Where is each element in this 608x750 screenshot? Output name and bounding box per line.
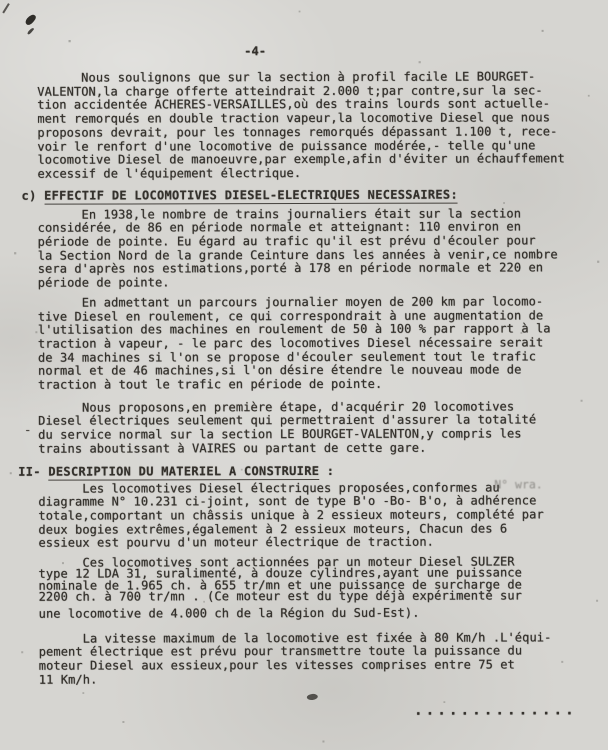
paragraph-trains-1938: En 1938,le nombre de trains journaliers … (38, 207, 580, 291)
heading-ii-suffix: : (319, 463, 334, 477)
paragraph-moteur-sulzer-fin: une locomotive de 4.000 ch de la Région … (39, 606, 581, 621)
heading-ii-prefix: II- (18, 464, 48, 478)
paragraph-proposition-20-locomotives: Nous proposons,en première étape, d'acqu… (38, 400, 580, 456)
trailing-dots: .............. (39, 706, 581, 717)
faded-ghost-text: N° wra. (494, 477, 543, 491)
paragraph-moteur-sulzer: Ces locomotives sont actionnées par un m… (38, 556, 580, 602)
paragraph-vitesse-maximum: La vitesse maximum de la locomotive est … (39, 631, 581, 687)
ink-mark (24, 13, 37, 27)
scanned-document-page: -4- Nous soulignons que sur la section à… (0, 0, 608, 750)
section-heading-c: c) EFFECTIF DE LOCOMOTIVES DIESEL-ELECTR… (22, 187, 580, 202)
heading-c-title: EFFECTIF DE LOCOMOTIVES DIESEL-ELECTRIQU… (44, 187, 458, 204)
paragraph-traction-section: Nous soulignons que sur la section à pro… (37, 70, 579, 181)
ink-blob (307, 693, 319, 700)
margin-dash-annotation: - (24, 423, 31, 437)
page-number: -4- (37, 43, 579, 58)
paragraph-parcours-journalier: En admettant un parcours journalier moye… (38, 295, 580, 392)
heading-ii-title: DESCRIPTION DU MATERIEL A CONSTRUIRE (48, 464, 319, 481)
corner-scratch-mark (2, 3, 10, 13)
heading-c-prefix: c) (22, 188, 45, 202)
section-heading-ii: II- DESCRIPTION DU MATERIEL A CONSTRUIRE… (18, 463, 580, 478)
